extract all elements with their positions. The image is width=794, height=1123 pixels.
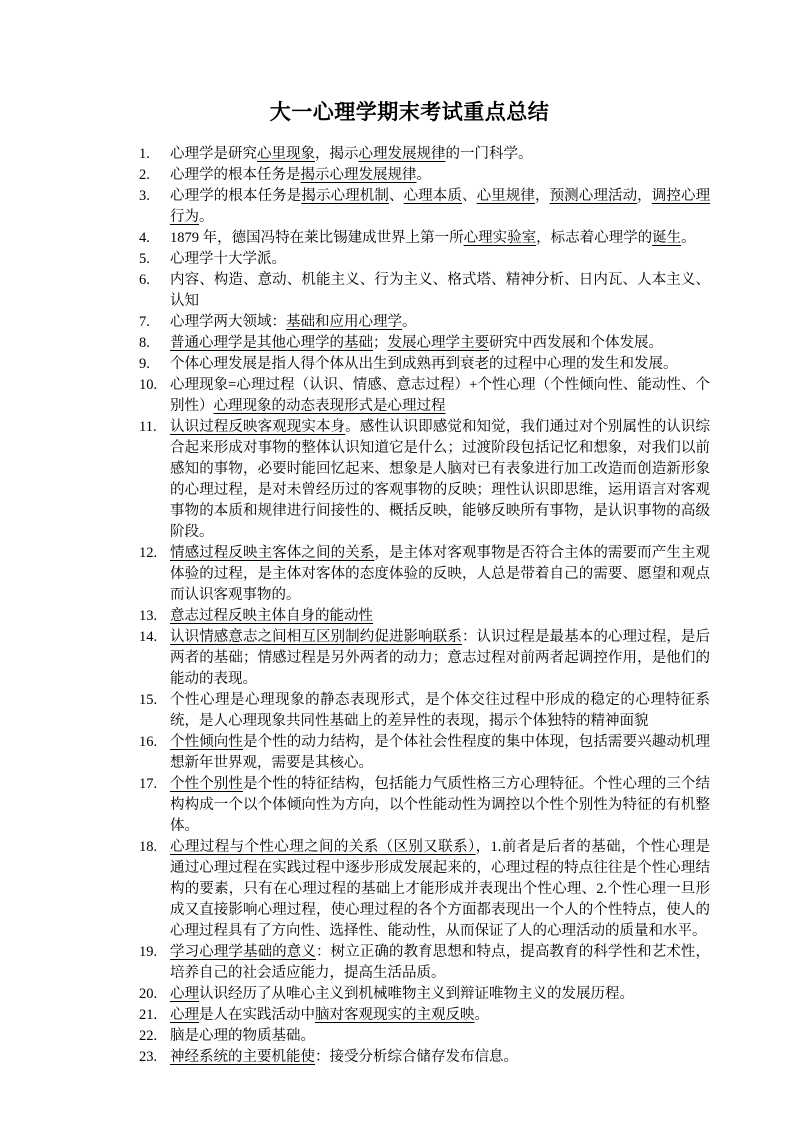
text-segment: 心理实验室 [464, 230, 537, 246]
list-item: 5. 心理学十大学派。 [139, 249, 710, 270]
list-item: 16. 个性倾向性是个性的动力结构，是个体社会性程度的集中体现，包括需要兴趣动机… [139, 732, 710, 774]
list-item: 12. 情感过程反映主客体之间的关系，是主体对客观事物是否符合主体的需要而产生主… [139, 543, 710, 606]
text-segment: 研究中西发展和个体发展。 [489, 335, 663, 351]
item-text: 个性心理是心理现象的静态表现形式，是个体交往过程中形成的稳定的心理特征系统，是人… [170, 690, 710, 732]
text-segment: 个体心理发展是指人得个体从出生到成熟再到衰老的过程中心理的发生和发展。 [170, 356, 678, 372]
text-segment: 。 [475, 1007, 490, 1023]
text-segment: 心理本质 [404, 188, 462, 204]
text-segment: 情感过程反映主客体之间的关系 [170, 545, 374, 561]
text-segment: 脑对客观现实的主观反映 [315, 1007, 475, 1023]
text-segment: 揭示心理机制 [301, 188, 389, 204]
text-segment: 心理发展规律 [359, 146, 446, 162]
item-text: 心理认识经历了从唯心主义到机械唯物主义到辩证唯物主义的发展历程。 [170, 984, 710, 1005]
text-segment: 。感性认识即感觉和知觉，我们通过对个别属性的认识综合起来形成对事物的整体认识知道… [170, 419, 710, 540]
item-number: 17. [139, 774, 170, 795]
list-item: 18. 心理过程与个性心理之间的关系（区别又联系），1.前者是后者的基础，个性心… [139, 837, 710, 942]
item-text: 个体心理发展是指人得个体从出生到成熟再到衰老的过程中心理的发生和发展。 [170, 354, 710, 375]
item-text: 1879 年，德国冯特在莱比锡建成世界上第一所心理实验室，标志着心理学的诞生。 [170, 228, 710, 249]
text-segment: 心理 [170, 1007, 199, 1023]
text-segment: 。 [417, 167, 432, 183]
item-number: 6. [139, 270, 170, 291]
item-number: 18. [139, 837, 170, 858]
text-segment: 是个性的特征结构，包括能力气质性格三方心理特征。个性心理的三个结构构成一个以个体… [170, 776, 710, 834]
text-segment: 意志过程反映主体自身的能动性 [170, 608, 373, 624]
item-number: 9. [139, 354, 170, 375]
item-number: 3. [139, 186, 170, 207]
text-segment: ，揭示 [315, 146, 359, 162]
text-segment: ， [535, 188, 550, 204]
text-segment: 个性个别性 [170, 776, 243, 792]
text-segment: 心理学是研究 [170, 146, 257, 162]
list-item: 3. 心理学的根本任务是揭示心理机制、心理本质、心里规律，预测心理活动，调控心理… [139, 186, 710, 228]
list-item: 23. 神经系统的主要机能使：接受分析综合储存发布信息。 [139, 1047, 710, 1068]
list-item: 7. 心理学两大领域：基础和应用心理学。 [139, 312, 710, 333]
text-segment: 心理学的根本任务是 [170, 188, 301, 204]
text-segment: 。 [199, 209, 214, 225]
text-segment: 心理学的根本任务是 [170, 167, 301, 183]
item-number: 14. [139, 627, 170, 648]
document-title: 大一心理学期末考试重点总结 [139, 100, 710, 126]
text-segment: 认识情感意志之间相互区别制约促进影响联系 [170, 629, 462, 645]
item-number: 11. [139, 417, 170, 438]
list-item: 17. 个性个别性是个性的特征结构，包括能力气质性格三方心理特征。个性心理的三个… [139, 774, 710, 837]
list-item: 20. 心理认识经历了从唯心主义到机械唯物主义到辩证唯物主义的发展历程。 [139, 984, 710, 1005]
text-segment: 个性倾向性 [170, 734, 243, 750]
text-segment: 的一门科学。 [446, 146, 533, 162]
item-number: 1. [139, 144, 170, 165]
text-segment: 揭示心理发展规律 [301, 167, 417, 183]
item-text: 认识过程反映客观现实本身。感性认识即感觉和知觉，我们通过对个别属性的认识综合起来… [170, 417, 710, 543]
text-segment: ； [373, 335, 388, 351]
list-item: 11. 认识过程反映客观现实本身。感性认识即感觉和知觉，我们通过对个别属性的认识… [139, 417, 710, 543]
list-item: 13. 意志过程反映主体自身的能动性 [139, 606, 710, 627]
item-text: 个性个别性是个性的特征结构，包括能力气质性格三方心理特征。个性心理的三个结构构成… [170, 774, 710, 837]
text-segment: 心理现象的动态表现形式是心理过程 [214, 398, 446, 414]
list-item: 8. 普通心理学是其他心理学的基础；发展心理学主要研究中西发展和个体发展。 [139, 333, 710, 354]
text-segment: ：接受分析综合储存发布信息。 [315, 1049, 518, 1065]
item-text: 认识情感意志之间相互区别制约促进影响联系：认识过程是最基本的心理过程，是后两者的… [170, 627, 710, 690]
item-number: 7. [139, 312, 170, 333]
list-item: 15. 个性心理是心理现象的静态表现形式，是个体交往过程中形成的稳定的心理特征系… [139, 690, 710, 732]
item-text: 内容、构造、意动、机能主义、行为主义、格式塔、精神分析、日内瓦、人本主义、认知 [170, 270, 710, 312]
list-item: 1. 心理学是研究心里现象，揭示心理发展规律的一门科学。 [139, 144, 710, 165]
text-segment: 心理学两大领域： [170, 314, 286, 330]
text-segment: 、 [462, 188, 477, 204]
text-segment: 是人在实践活动中 [199, 1007, 315, 1023]
list-item: 19. 学习心理学基础的意义：树立正确的教育思想和特点，提高教育的科学性和艺术性… [139, 942, 710, 984]
text-segment: ，标志着心理学的 [536, 230, 652, 246]
item-number: 15. [139, 690, 170, 711]
item-text: 心理学的根本任务是揭示心理发展规律。 [170, 165, 710, 186]
numbered-list: 1. 心理学是研究心里现象，揭示心理发展规律的一门科学。 2. 心理学的根本任务… [139, 144, 710, 1068]
text-segment: 是个性的动力结构，是个体社会性程度的集中体现，包括需要兴趣动机理想新年世界观，需… [170, 734, 710, 771]
item-text: 意志过程反映主体自身的能动性 [170, 606, 710, 627]
text-segment: ， [637, 188, 652, 204]
list-item: 2. 心理学的根本任务是揭示心理发展规律。 [139, 165, 710, 186]
text-segment: 1879 年，德国冯特在莱比锡建成世界上第一所 [170, 230, 464, 246]
text-segment: 心里现象 [257, 146, 315, 162]
list-item: 22. 脑是心理的物质基础。 [139, 1026, 710, 1047]
item-number: 20. [139, 984, 170, 1005]
list-item: 6. 内容、构造、意动、机能主义、行为主义、格式塔、精神分析、日内瓦、人本主义、… [139, 270, 710, 312]
list-item: 9. 个体心理发展是指人得个体从出生到成熟再到衰老的过程中心理的发生和发展。 [139, 354, 710, 375]
item-number: 5. [139, 249, 170, 270]
item-text: 心理现象=心理过程（认识、情感、意志过程）+个性心理（个性倾向性、能动性、个别性… [170, 375, 710, 417]
list-item: 10. 心理现象=心理过程（认识、情感、意志过程）+个性心理（个性倾向性、能动性… [139, 375, 710, 417]
item-number: 21. [139, 1005, 170, 1026]
item-text: 情感过程反映主客体之间的关系，是主体对客观事物是否符合主体的需要而产生主观体验的… [170, 543, 710, 606]
text-segment: 发展心理学主要 [388, 335, 490, 351]
item-number: 19. [139, 942, 170, 963]
item-text: 个性倾向性是个性的动力结构，是个体社会性程度的集中体现，包括需要兴趣动机理想新年… [170, 732, 710, 774]
item-number: 22. [139, 1026, 170, 1047]
item-text: 普通心理学是其他心理学的基础；发展心理学主要研究中西发展和个体发展。 [170, 333, 710, 354]
item-text: 心理是人在实践活动中脑对客观现实的主观反映。 [170, 1005, 710, 1026]
text-segment: 心理 [170, 986, 199, 1002]
text-segment: 神经系统的主要机能使 [170, 1049, 315, 1065]
text-segment: 。 [402, 314, 417, 330]
text-segment: 普通心理学是其他心理学的基础 [170, 335, 373, 351]
item-text: 心理学的根本任务是揭示心理机制、心理本质、心里规律，预测心理活动，调控心理行为。 [170, 186, 710, 228]
item-number: 10. [139, 375, 170, 396]
list-item: 21. 心理是人在实践活动中脑对客观现实的主观反映。 [139, 1005, 710, 1026]
text-segment: 心理过程与个性心理之间的关系（区别又联系） [170, 839, 476, 855]
text-segment: 诞生 [652, 230, 681, 246]
text-segment: 脑是心理的物质基础。 [170, 1028, 315, 1044]
text-segment: 心里规律 [477, 188, 535, 204]
text-segment: 学习心理学基础的意义 [170, 944, 316, 960]
text-segment: 。 [681, 230, 696, 246]
item-number: 4. [139, 228, 170, 249]
item-number: 13. [139, 606, 170, 627]
item-number: 12. [139, 543, 170, 564]
item-text: 心理过程与个性心理之间的关系（区别又联系），1.前者是后者的基础，个性心理是通过… [170, 837, 710, 942]
list-item: 4. 1879 年，德国冯特在莱比锡建成世界上第一所心理实验室，标志着心理学的诞… [139, 228, 710, 249]
item-number: 8. [139, 333, 170, 354]
item-text: 学习心理学基础的意义：树立正确的教育思想和特点，提高教育的科学性和艺术性，培养自… [170, 942, 710, 984]
item-text: 心理学是研究心里现象，揭示心理发展规律的一门科学。 [170, 144, 710, 165]
text-segment: 内容、构造、意动、机能主义、行为主义、格式塔、精神分析、日内瓦、人本主义、认知 [170, 272, 710, 309]
text-segment: 、 [389, 188, 404, 204]
text-segment: 认识经历了从唯心主义到机械唯物主义到辩证唯物主义的发展历程。 [199, 986, 634, 1002]
item-number: 16. [139, 732, 170, 753]
text-segment: 基础和应用心理学 [286, 314, 402, 330]
text-segment: 预测心理活动 [550, 188, 638, 204]
list-item: 14. 认识情感意志之间相互区别制约促进影响联系：认识过程是最基本的心理过程，是… [139, 627, 710, 690]
item-text: 脑是心理的物质基础。 [170, 1026, 710, 1047]
text-segment: 心理学十大学派。 [170, 251, 286, 267]
text-segment: 个性心理是心理现象的静态表现形式，是个体交往过程中形成的稳定的心理特征系统，是人… [170, 692, 710, 729]
item-text: 心理学两大领域：基础和应用心理学。 [170, 312, 710, 333]
document-page: 大一心理学期末考试重点总结 1. 心理学是研究心里现象，揭示心理发展规律的一门科… [0, 0, 794, 1123]
item-number: 2. [139, 165, 170, 186]
text-segment: 认识过程反映客观现实本身 [170, 419, 345, 435]
item-text: 心理学十大学派。 [170, 249, 710, 270]
item-text: 神经系统的主要机能使：接受分析综合储存发布信息。 [170, 1047, 710, 1068]
item-number: 23. [139, 1047, 170, 1068]
